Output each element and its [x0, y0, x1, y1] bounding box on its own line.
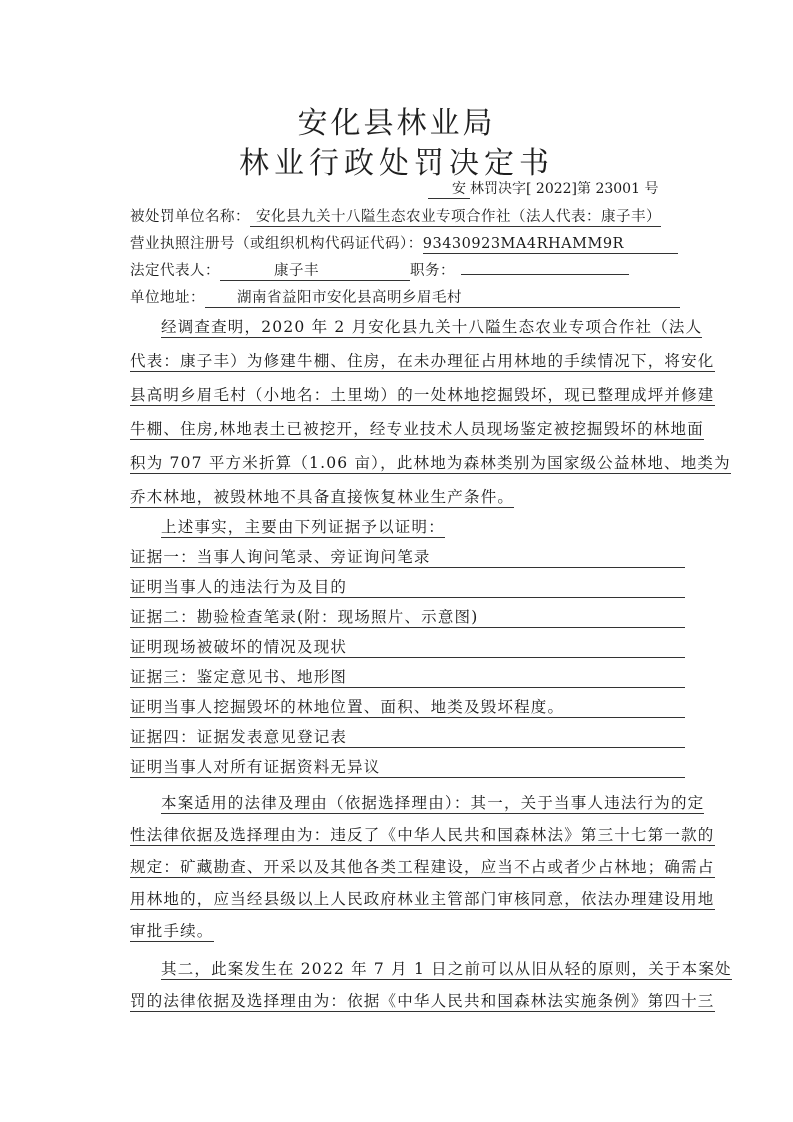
position-value	[461, 274, 629, 275]
doc-number-prefix: 安	[428, 178, 470, 199]
field-value: 康子丰	[220, 262, 410, 281]
paragraph-line: 用林地的，应当经县级以上人民政府林业主管部门审核同意，依法办理建设用地	[130, 888, 685, 910]
paragraph-line: 罚的法律依据及选择理由为：依据《中华人民共和国森林法实施条例》第四十三	[130, 990, 685, 1012]
paragraph-line: 积为 707 平方米折算（1.06 亩），此林地为森林类别为国家级公益林地、地类…	[130, 452, 685, 474]
paragraph-line: 牛棚、住房,林地表土已被挖开，经专业技术人员现场鉴定被挖掘毁坏的林地面	[130, 418, 685, 440]
evidence-proves: 证明当事人挖掘毁坏的林地位置、面积、地类及毁坏程度。	[130, 696, 685, 718]
evidence-item: 证据二：勘验检查笔录(附：现场照片、示意图)	[130, 606, 685, 628]
evidence-item: 证据一：当事人询问笔录、旁证询问笔录	[130, 546, 685, 568]
paragraph-line: 性法律依据及选择理由为：违反了《中华人民共和国森林法》第三十七第一款的	[130, 824, 685, 846]
paragraph-line: 规定：矿藏勘查、开采以及其他各类工程建设，应当不占或者少占林地；确需占	[130, 856, 685, 878]
evidence-proves: 证明当事人的违法行为及目的	[130, 576, 685, 598]
paragraph-line: 经调查查明，2020 年 2 月安化县九关十八隘生态农业专项合作社（法人	[130, 316, 716, 338]
field-value: 安化县九关十八隘生态农业专项合作社（法人代表：康子丰）	[250, 208, 661, 227]
evidence-intro: 上述事实，主要由下列证据予以证明：	[130, 516, 716, 538]
document-title: 林业行政处罚决定书	[0, 138, 793, 182]
paragraph-line: 代表：康子丰）为修建牛棚、住房，在未办理征占用林地的手续情况下，将安化	[130, 350, 685, 372]
field-label: 单位地址：	[130, 290, 205, 306]
paragraph-line: 本案适用的法律及理由（依据选择理由）：其一，关于当事人违法行为的定	[130, 792, 716, 814]
field-value: 湖南省益阳市安化县高明乡眉毛村	[205, 289, 680, 308]
field-penalized-unit: 被处罚单位名称：安化县九关十八隘生态农业专项合作社（法人代表：康子丰）	[130, 205, 661, 227]
evidence-proves: 证明当事人对所有证据资料无异议	[130, 756, 685, 778]
paragraph-line: 审批手续。	[130, 920, 685, 942]
field-legal-representative: 法定代表人：康子丰职务：	[130, 259, 629, 281]
doc-number-text: 林罚决字[ 2022]第 23001 号	[470, 181, 658, 197]
field-license-number: 营业执照注册号（或组织机构代码证代码）：93430923MA4RHAMM9R	[130, 232, 678, 254]
position-label: 职务：	[410, 263, 455, 279]
field-label: 营业执照注册号（或组织机构代码证代码）：	[130, 236, 423, 252]
evidence-proves: 证明现场被破坏的情况及现状	[130, 636, 685, 658]
document-number: 安林罚决字[ 2022]第 23001 号	[428, 178, 658, 199]
evidence-item: 证据四：证据发表意见登记表	[130, 726, 685, 748]
document-page: 安化县林业局 林业行政处罚决定书 安林罚决字[ 2022]第 23001 号 被…	[0, 0, 793, 1122]
field-label: 被处罚单位名称：	[130, 209, 250, 225]
paragraph-line: 其二，此案发生在 2022 年 7 月 1 日之前可以从旧从轻的原则，关于本案处	[130, 958, 716, 980]
paragraph-line: 县高明乡眉毛村（小地名：土里坳）的一处林地挖掘毁坏，现已整理成坪并修建	[130, 384, 685, 406]
paragraph-line: 乔木林地，被毁林地不具备直接恢复林业生产条件。	[130, 486, 685, 508]
field-value: 93430923MA4RHAMM9R	[423, 235, 678, 254]
field-label: 法定代表人：	[130, 263, 220, 279]
field-unit-address: 单位地址：湖南省益阳市安化县高明乡眉毛村	[130, 286, 680, 308]
agency-title: 安化县林业局	[0, 98, 793, 142]
evidence-item: 证据三：鉴定意见书、地形图	[130, 666, 685, 688]
